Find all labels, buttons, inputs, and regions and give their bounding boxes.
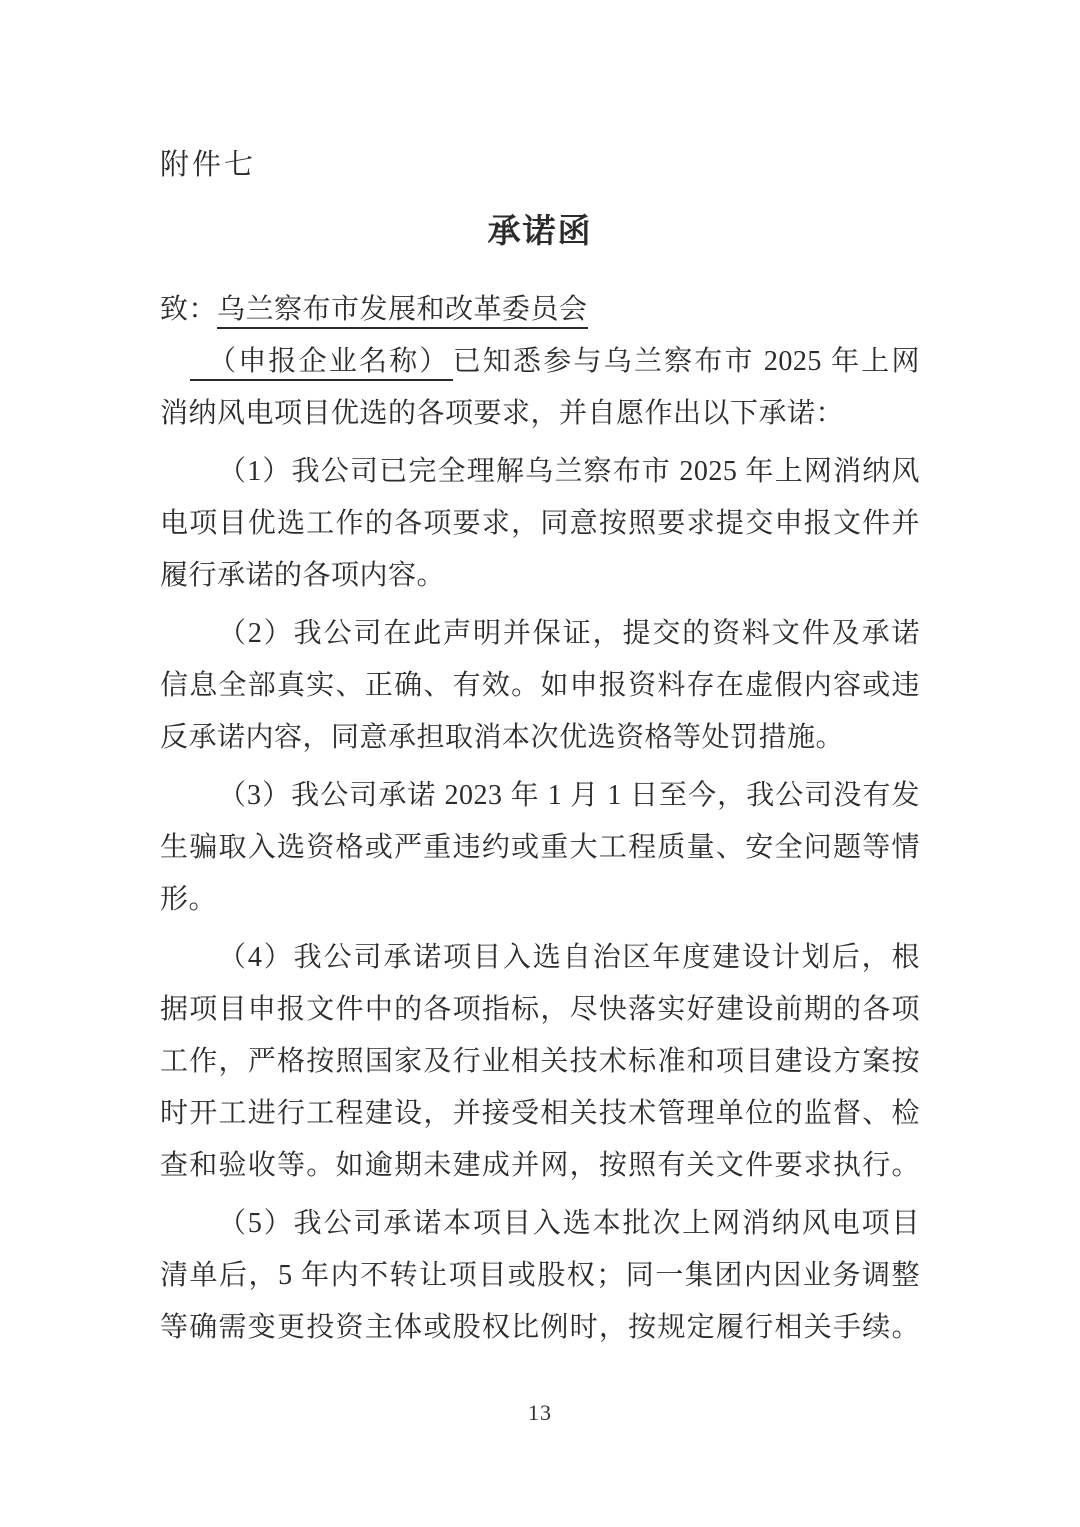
document-page: 附件七 承诺函 致：乌兰察布市发展和改革委员会 （申报企业名称）已知悉参与乌兰察… [0, 0, 1080, 1527]
paragraph-1: （1）我公司已完全理解乌兰察布市 2025 年上网消纳风 电项目优选工作的各项要… [160, 446, 920, 602]
text-line: （1）我公司已完全理解乌兰察布市 2025 年上网消纳风 [160, 446, 920, 498]
intro-line-1-rest: 已知悉参与乌兰察布市 2025 年上网 [453, 346, 920, 377]
recipient-prefix: 致： [160, 294, 217, 325]
text-line: 时开工进行工程建设，并接受相关技术管理单位的监督、检 [160, 1088, 920, 1140]
text-line: （5）我公司承诺本项目入选本批次上网消纳风电项目 [160, 1198, 920, 1250]
text-line: 生骗取入选资格或严重违约或重大工程质量、安全问题等情 [160, 822, 920, 874]
text-line: 清单后，5 年内不转让项目或股权；同一集团内因业务调整 [160, 1250, 920, 1302]
text-line: 据项目申报文件中的各项指标，尽快落实好建设前期的各项 [160, 984, 920, 1036]
intro-paragraph: （申报企业名称）已知悉参与乌兰察布市 2025 年上网 消纳风电项目优选的各项要… [160, 336, 920, 440]
text-line: 消纳风电项目优选的各项要求，并自愿作出以下承诺： [160, 388, 920, 440]
text-line: 电项目优选工作的各项要求，同意按照要求提交申报文件并 [160, 498, 920, 550]
text-line: 履行承诺的各项内容。 [160, 550, 920, 602]
recipient-name: 乌兰察布市发展和改革委员会 [217, 294, 588, 329]
text-line: （2）我公司在此声明并保证，提交的资料文件及承诺 [160, 608, 920, 660]
document-title: 承诺函 [160, 214, 920, 250]
paragraph-4: （4）我公司承诺项目入选自治区年度建设计划后，根 据项目申报文件中的各项指标，尽… [160, 932, 920, 1192]
text-line: 等确需变更投资主体或股权比例时，按规定履行相关手续。 [160, 1302, 920, 1354]
paragraph-5: （5）我公司承诺本项目入选本批次上网消纳风电项目 清单后，5 年内不转让项目或股… [160, 1198, 920, 1354]
text-line: 信息全部真实、正确、有效。如申报资料存在虚假内容或违 [160, 660, 920, 712]
applicant-name-blank: （申报企业名称） [190, 346, 453, 381]
paragraph-3: （3）我公司承诺 2023 年 1 月 1 日至今，我公司没有发 生骗取入选资格… [160, 770, 920, 926]
recipient-line: 致：乌兰察布市发展和改革委员会 [160, 284, 920, 336]
text-line: 形。 [160, 874, 920, 926]
page-number: 13 [160, 1398, 920, 1428]
attachment-label: 附件七 [160, 148, 920, 182]
text-line: 工作，严格按照国家及行业相关技术标准和项目建设方案按 [160, 1036, 920, 1088]
paragraph-2: （2）我公司在此声明并保证，提交的资料文件及承诺 信息全部真实、正确、有效。如申… [160, 608, 920, 764]
text-line: 查和验收等。如逾期未建成并网，按照有关文件要求执行。 [160, 1140, 920, 1192]
text-line: （申报企业名称）已知悉参与乌兰察布市 2025 年上网 [160, 336, 920, 388]
text-line: 反承诺内容，同意承担取消本次优选资格等处罚措施。 [160, 712, 920, 764]
text-line: （4）我公司承诺项目入选自治区年度建设计划后，根 [160, 932, 920, 984]
text-line: （3）我公司承诺 2023 年 1 月 1 日至今，我公司没有发 [160, 770, 920, 822]
